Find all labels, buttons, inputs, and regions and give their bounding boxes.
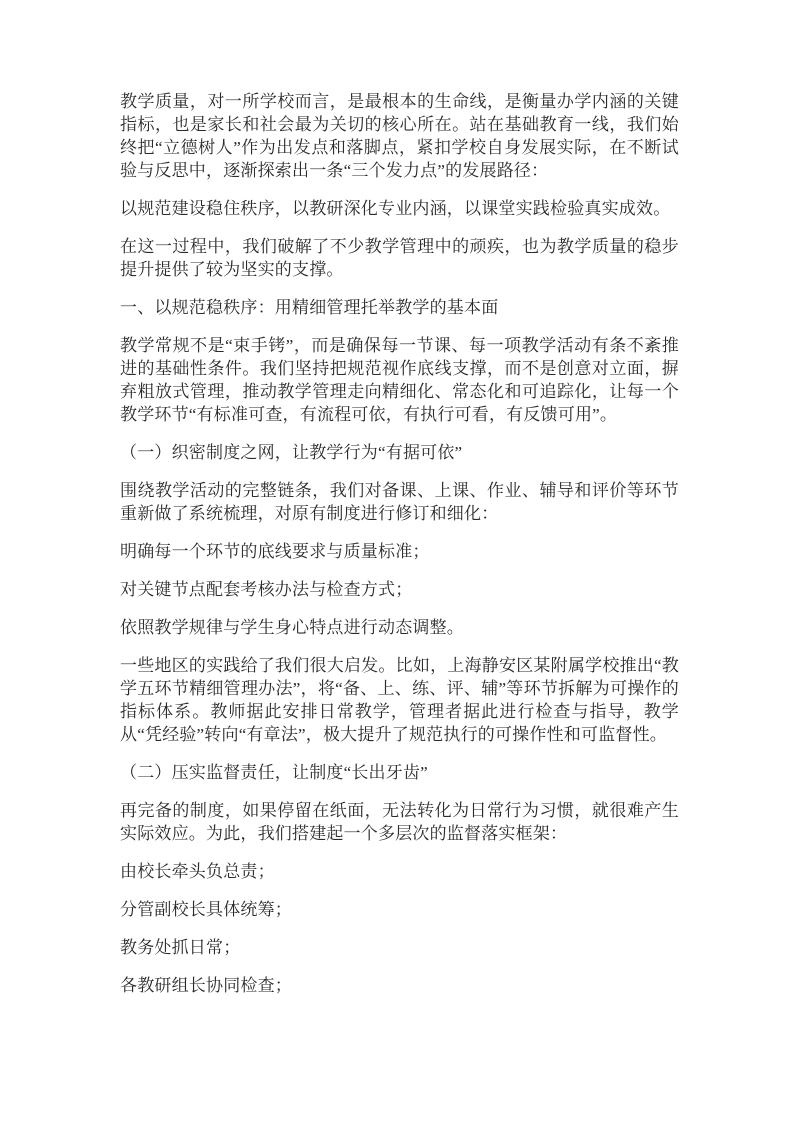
list-item-academic-office: 教务处抓日常； <box>120 936 679 959</box>
paragraph-jingan-example: 一些地区的实践给了我们很大启发。比如，上海静安区某附属学校推出“教学五环节精细管… <box>120 654 679 746</box>
list-item-assessment-methods: 对关键节点配套考核办法与检查方式； <box>120 578 679 601</box>
subsection-heading-1-1: （一）织密制度之网，让教学行为“有据可依” <box>120 441 679 464</box>
paragraph-system-review: 围绕教学活动的完整链条，我们对备课、上课、作业、辅导和评价等环节重新做了系统梳理… <box>120 479 679 525</box>
list-item-research-group-leaders: 各教研组长协同检查； <box>120 974 679 997</box>
list-item-baseline-standards: 明确每一个环节的底线要求与质量标准； <box>120 540 679 563</box>
subsection-heading-1-2: （二）压实监督责任，让制度“长出牙齿” <box>120 761 679 784</box>
document-page: 教学质量，对一所学校而言，是最根本的生命线，是衡量办学内涵的关键指标，也是家长和… <box>0 0 793 1122</box>
paragraph-process-summary: 在这一过程中，我们破解了不少教学管理中的顽疾，也为教学质量的稳步提升提供了较为坚… <box>120 235 679 281</box>
paragraph-three-focus-points: 以规范建设稳住秩序，以教研深化专业内涵，以课堂实践检验真实成效。 <box>120 197 679 220</box>
list-item-vice-principal: 分管副校长具体统筹； <box>120 898 679 921</box>
list-item-dynamic-adjustment: 依照教学规律与学生身心特点进行动态调整。 <box>120 616 679 639</box>
paragraph-teaching-routine: 教学常规不是“束手铐”，而是确保每一节课、每一项教学活动有条不紊推进的基础性条件… <box>120 334 679 426</box>
paragraph-supervision-framework: 再完备的制度，如果停留在纸面，无法转化为日常行为习惯，就很难产生实际效应。为此，… <box>120 799 679 845</box>
section-heading-1: 一、以规范稳秩序：用精细管理托举教学的基本面 <box>120 296 679 319</box>
list-item-principal-lead: 由校长牵头负总责； <box>120 860 679 883</box>
paragraph-intro: 教学质量，对一所学校而言，是最根本的生命线，是衡量办学内涵的关键指标，也是家长和… <box>120 90 679 182</box>
